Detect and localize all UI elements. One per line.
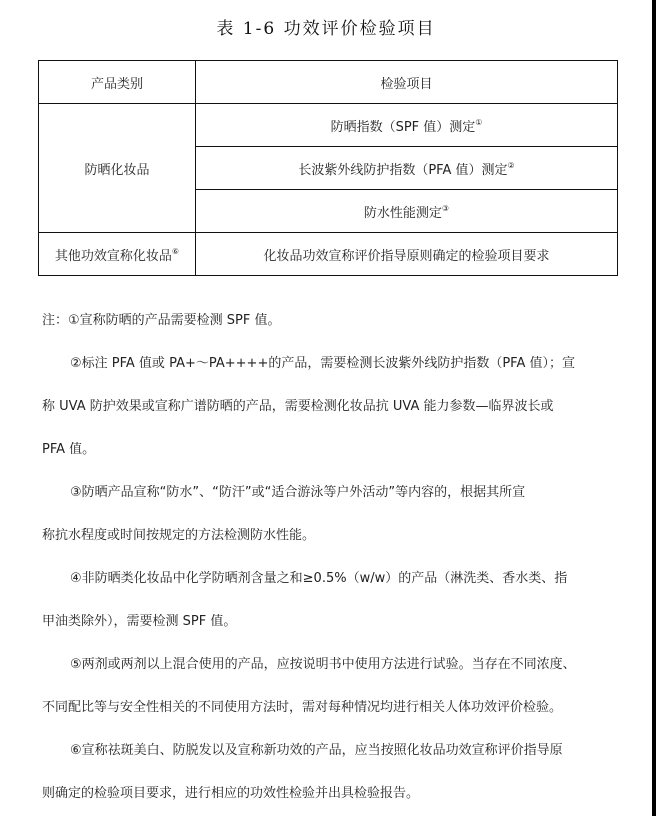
note-line: 注：①宣称防晒的产品需要检测 SPF 值。 [42,311,281,331]
efficacy-test-table: 产品类别 检验项目 防晒化妆品 防晒指数（SPF 值）测定① 长波紫外线防护指数… [38,60,618,276]
category-label: 其他功效宣称化妆品 [55,249,172,264]
test-item-label: 长波紫外线防护指数（PFA 值）测定 [298,163,507,178]
note-line: ③防晒产品宣称“防水”、“防汗”或“适合游泳等户外活动”等内容的，根据其所宣 [42,483,525,503]
test-item: 防晒指数（SPF 值）测定① [196,104,618,147]
footnote-mark: ③ [442,204,449,213]
note-line: 称 UVA 防护效果或宣称广谱防晒的产品，需要检测化妆品抗 UVA 能力参数—临… [42,397,553,417]
test-item: 长波紫外线防护指数（PFA 值）测定② [196,147,618,190]
header-test-items: 检验项目 [196,61,618,104]
footnote-mark: ② [507,161,514,170]
test-item: 防水性能测定③ [196,190,618,233]
page-edge-bar [652,0,656,816]
note-line: ④非防晒类化妆品中化学防晒剂含量之和≥0.5%（w/w）的产品（淋洗类、香水类、… [42,569,567,589]
note-line: 甲油类除外），需要检测 SPF 值。 [42,612,236,632]
note-line: 称抗水程度或时间按规定的方法检测防水性能。 [42,526,315,546]
category-other-efficacy: 其他功效宣称化妆品⑥ [39,233,196,276]
category-sunscreen: 防晒化妆品 [39,104,196,233]
table-title: 表 1-6 功效评价检验项目 [0,14,652,39]
test-item: 化妆品功效宣称评价指导原则确定的检验项目要求 [196,233,618,276]
note-line: ⑥宣称祛斑美白、防脱发以及宣称新功效的产品，应当按照化妆品功效宣称评价指导原 [42,741,563,761]
note-line: PFA 值。 [42,440,95,460]
header-product-category: 产品类别 [39,61,196,104]
note-line: 不同配比等与安全性相关的不同使用方法时，需对每种情况均进行相关人体功效评价检验。 [42,698,562,718]
table-row: 防晒化妆品 防晒指数（SPF 值）测定① [39,104,618,147]
note-line: ⑤两剂或两剂以上混合使用的产品，应按说明书中使用方法进行试验。当存在不同浓度、 [42,655,576,675]
test-item-label: 防水性能测定 [364,206,442,221]
category-label: 防晒化妆品 [84,163,149,178]
table-header-row: 产品类别 检验项目 [39,61,618,104]
note-line: 则确定的检验项目要求，进行相应的功效性检验并出具检验报告。 [42,784,419,804]
footnote-mark: ① [475,118,482,127]
test-item-label: 防晒指数（SPF 值）测定 [331,120,476,135]
note-line: ②标注 PFA 值或 PA+～PA++++的产品，需要检测长波紫外线防护指数（P… [42,354,575,374]
test-item-label: 化妆品功效宣称评价指导原则确定的检验项目要求 [263,249,549,264]
table-row: 其他功效宣称化妆品⑥ 化妆品功效宣称评价指导原则确定的检验项目要求 [39,233,618,276]
footnote-mark: ⑥ [172,247,179,256]
